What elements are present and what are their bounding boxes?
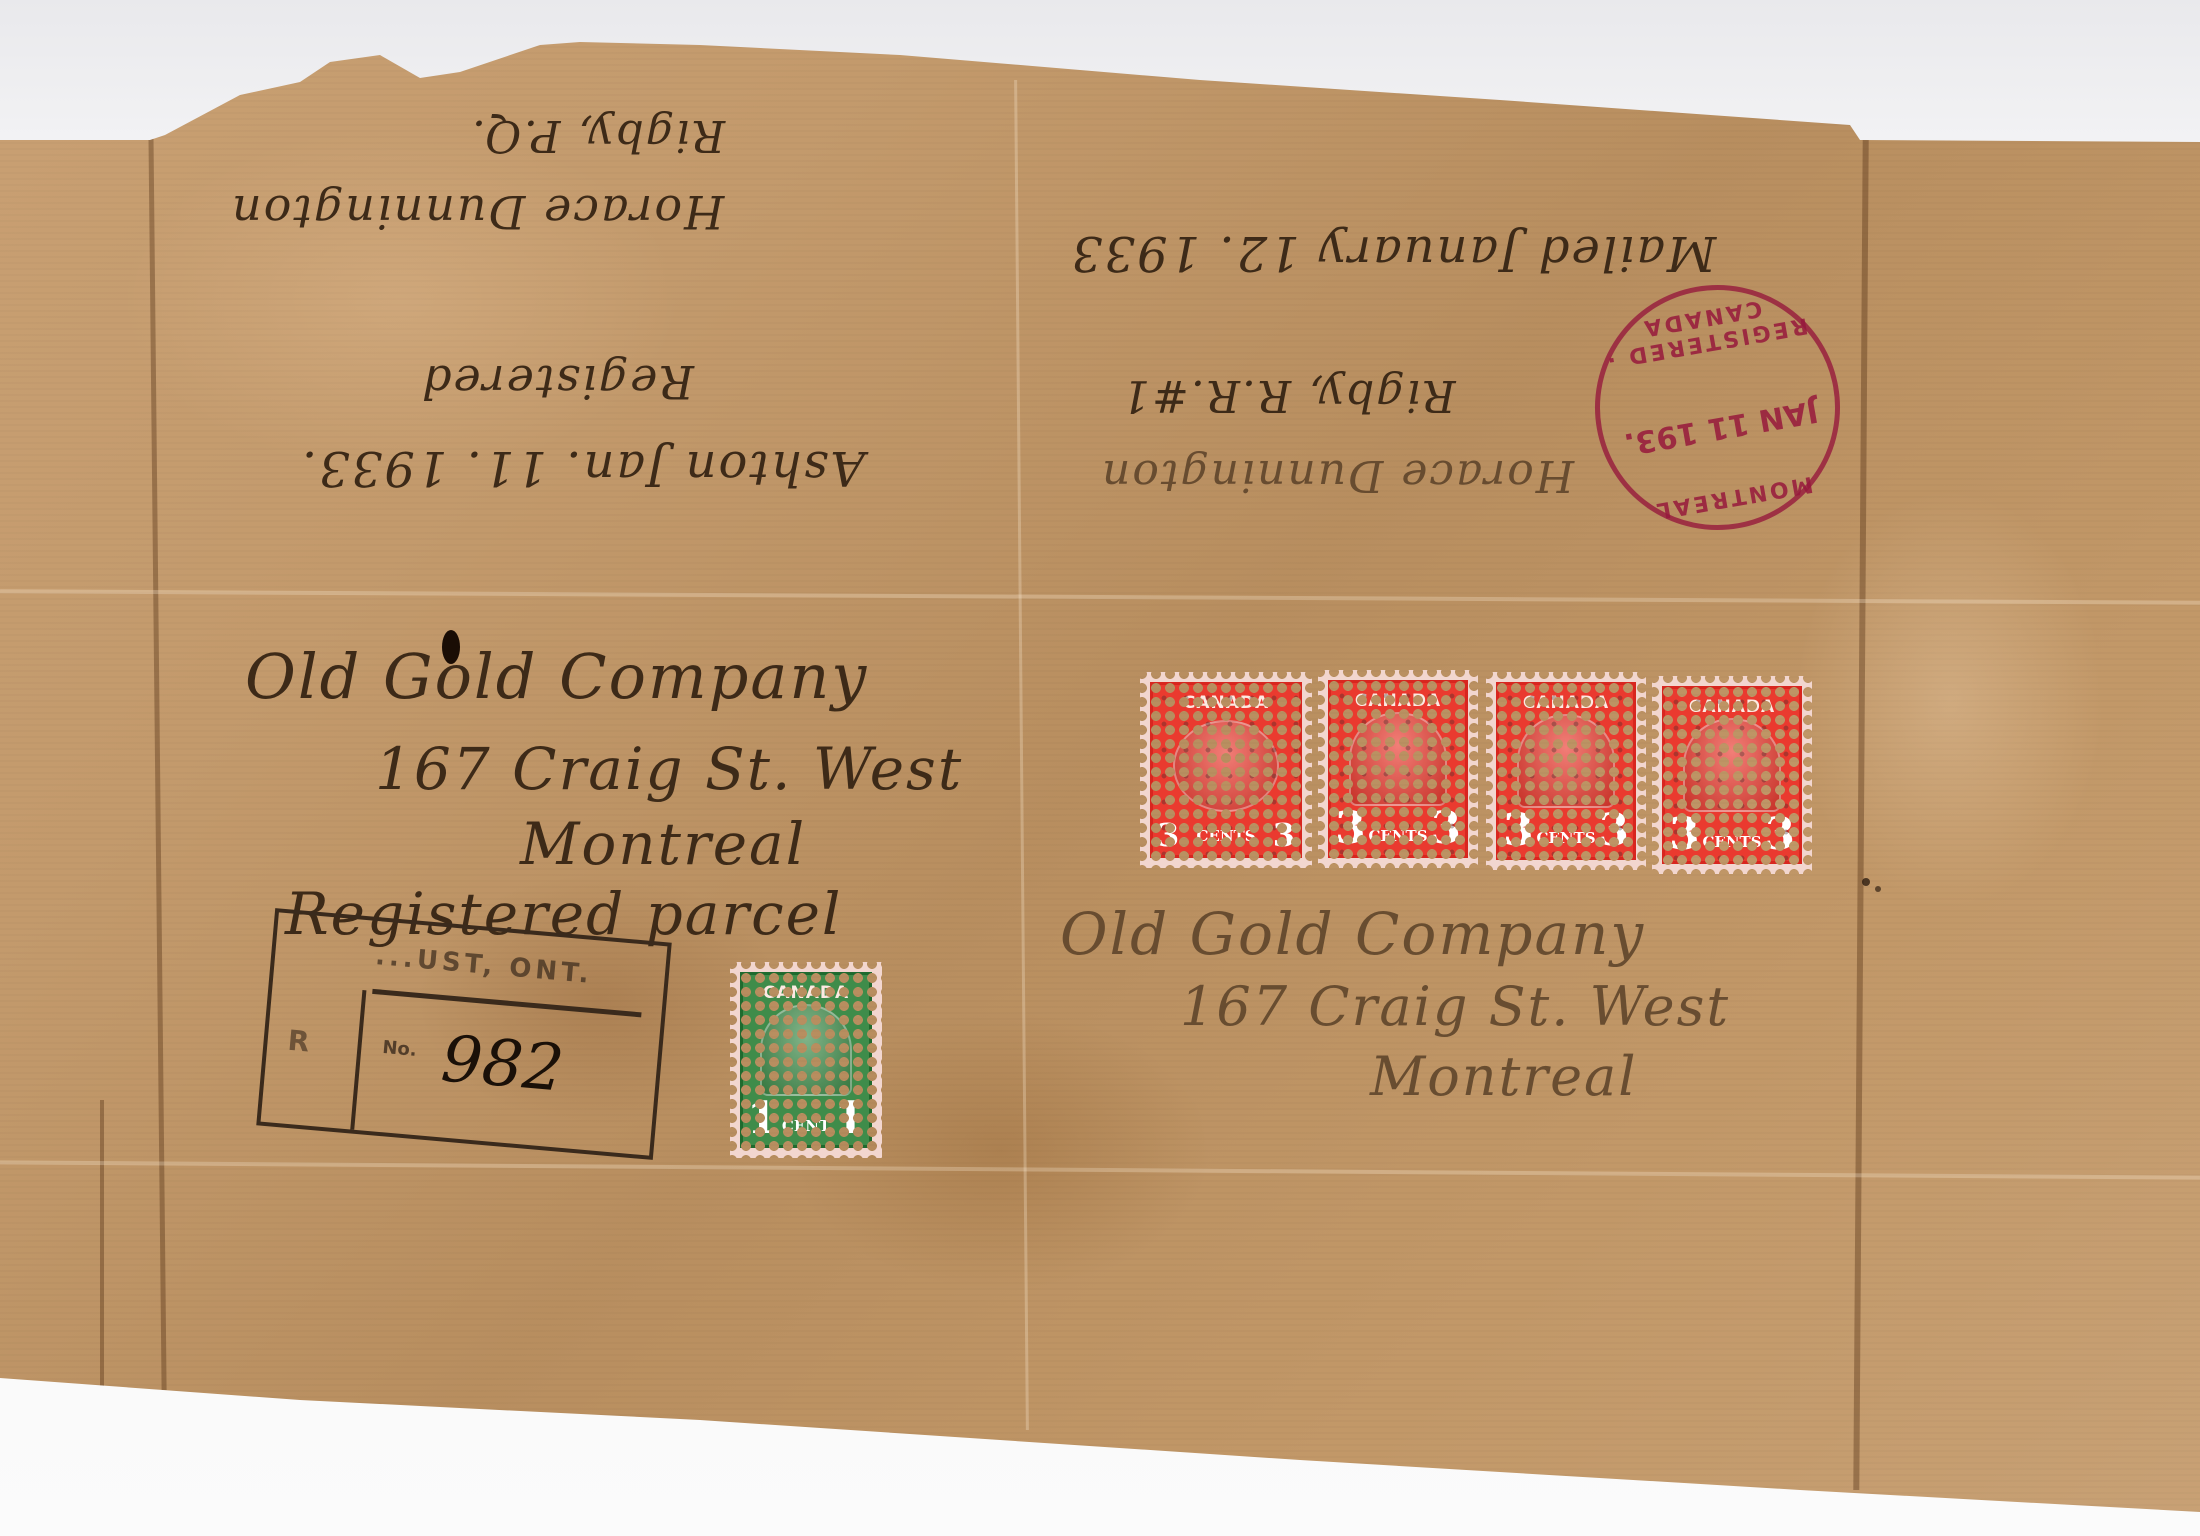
mailed-date-upside: Mailed January 12. 1933: [1070, 225, 1716, 281]
stamp-3-cents-arch-2: CANADA 3 CENTS 3: [1486, 672, 1646, 870]
registration-r-mark: R: [286, 1024, 310, 1059]
postmark-bottom-text: REGISTERED · CANADA: [1584, 285, 1824, 375]
fold-left-vertical: [148, 130, 166, 1390]
registration-stamp-box: ...UST, ONT. R No. 982: [256, 908, 671, 1160]
address-secondary-line2: 167 Craig St. West: [1180, 975, 1730, 1038]
registration-number: 982: [438, 1022, 566, 1106]
king-portrait-icon: [1349, 712, 1447, 805]
stamp-denomination: 1: [834, 1097, 865, 1141]
stamp-denomination: 3: [1335, 807, 1366, 851]
stamp-3-cents-arch-1: CANADA 3 CENTS 3: [1318, 670, 1478, 868]
stamp-3-cents-arch-3: CANADA 3 CENTS 3: [1652, 676, 1812, 874]
stamp-1-cent-green: CANADA 1 CENT 1: [730, 962, 882, 1158]
king-portrait-icon: [760, 1004, 852, 1096]
crease-horizontal-mid: [0, 589, 2200, 605]
envelope-paper: Rigby, P.Q. Horace Dunnington Mailed Jan…: [0, 0, 2200, 1536]
stamp-denomination: 3: [1598, 809, 1629, 853]
registration-vertical-line: [350, 990, 366, 1130]
stamp-denomination: 3: [1764, 813, 1795, 857]
stamp-country: CANADA: [1183, 693, 1269, 713]
ink-mark-right: [1875, 886, 1881, 892]
crease-vertical-center: [1014, 80, 1029, 1430]
stamp-unit: CENTS: [1368, 827, 1427, 845]
registered-note-upside: Registered: [420, 355, 694, 409]
address-secondary-line1: Old Gold Company: [1060, 900, 1645, 968]
sender-address-upside: Rigby, R.R.#1: [1120, 370, 1456, 421]
registration-no-label: No.: [382, 1037, 418, 1061]
ink-blot: [442, 630, 460, 664]
address-primary-line2: 167 Craig St. West: [375, 735, 963, 803]
fold-left-outer: [100, 1100, 104, 1400]
king-portrait-icon: [1683, 718, 1781, 811]
address-secondary-line3: Montreal: [1370, 1045, 1638, 1108]
stamp-unit: CENT: [782, 1117, 830, 1135]
postmark-date: JAN 11 193.: [1602, 390, 1840, 465]
fold-right-vertical: [1853, 140, 1868, 1490]
ink-mark-right: [1862, 878, 1870, 886]
stamp-country: CANADA: [1689, 697, 1775, 717]
stamp-denomination: 3: [1430, 807, 1461, 851]
sender-town-upside: Rigby, P.Q.: [470, 110, 725, 161]
received-date-upside: Ashton Jan. 11. 1933.: [300, 440, 865, 496]
king-portrait-icon: [1517, 714, 1615, 807]
crease-horizontal-low: [0, 1160, 2200, 1179]
stamp-country: CANADA: [763, 983, 849, 1003]
address-primary-line3: Montreal: [520, 810, 806, 878]
stamp-unit: CENTS: [1196, 827, 1255, 845]
registration-office: ...UST, ONT.: [374, 941, 594, 990]
registered-postmark: MONTREAL JAN 11 193. REGISTERED · CANADA: [1576, 266, 1860, 550]
sender-block-name-upside: Horace Dunnington: [1100, 450, 1574, 501]
sender-name-upside: Horace Dunnington: [230, 185, 724, 239]
stamp-denomination: 3: [1157, 819, 1179, 851]
stamp-3-cents-medallion: CANADA 3 CENTS 3: [1140, 672, 1312, 868]
stamp-country: CANADA: [1355, 691, 1441, 711]
address-primary-line1: Old Gold Company: [245, 640, 868, 713]
registration-divider: [372, 989, 641, 1018]
stamp-country: CANADA: [1523, 693, 1609, 713]
stamp-denomination: 3: [1503, 809, 1534, 853]
king-profile-icon: [1173, 720, 1279, 812]
stamp-denomination: 3: [1669, 813, 1700, 857]
stamp-unit: CENTS: [1702, 833, 1761, 851]
stamp-denomination: 1: [747, 1097, 778, 1141]
stamp-unit: CENTS: [1536, 829, 1595, 847]
postmark-top-text: MONTREAL: [1615, 464, 1851, 529]
stamp-denomination: 3: [1273, 819, 1295, 851]
